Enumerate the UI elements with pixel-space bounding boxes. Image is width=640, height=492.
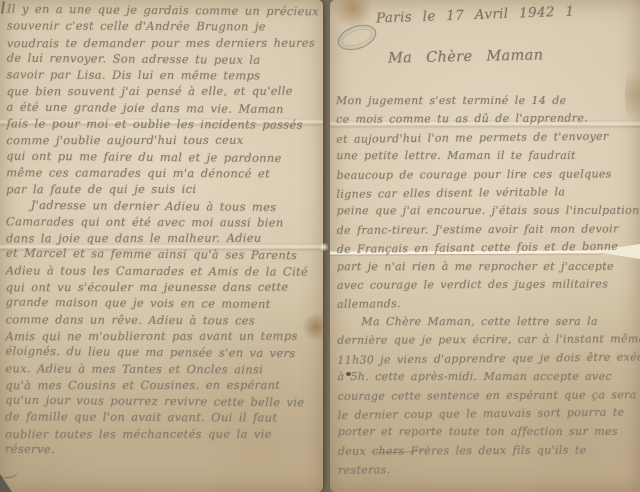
handwritten-line: qu'un jour vous pourrez revivre cette be… (5, 392, 317, 411)
handwritten-line: 11h30 je viens d'apprendre que je dois ê… (337, 348, 640, 370)
handwritten-line: oublier toutes les méchancetés que la vi… (5, 425, 317, 442)
handwritten-line: souvenir c'est celle d'Andrée Brugnon je (7, 18, 319, 36)
handwritten-line: éloignés. du lieu que ma pensée s'en va … (5, 343, 317, 362)
handwritten-line: J'adresse un dernier Adieu à tous mes (6, 196, 318, 215)
handwritten-line: réserve. (5, 441, 317, 460)
pencil-tick-mark (1, 1, 5, 14)
fold-highlight (319, 243, 329, 251)
handwritten-line: grande maison que je vois en ce moment (6, 294, 318, 313)
handwritten-line: Adieu à tous les Camarades et Amis de la… (6, 262, 318, 280)
handwritten-line: ce mois comme tu as dû de l'apprendre. (336, 110, 640, 130)
handwritten-line: fais le pour moi et oublie les incidents… (6, 115, 318, 133)
handwritten-line: porter et reporte toute ton affection su… (338, 423, 640, 442)
handwritten-line: voudrais te demander pour mes derniers h… (7, 34, 319, 51)
handwritten-line: beaucoup de courage pour lire ces quelqu… (336, 165, 640, 185)
right-page-text: Mon jugement s'est terminé le 14 dece mo… (336, 91, 640, 479)
date-line: Paris le 17 Avril 1942 1 (376, 4, 575, 27)
handwritten-line: par la faute de qui je suis ici (6, 181, 318, 198)
handwritten-line: courage cette sentence en espérant que ç… (338, 386, 640, 406)
handwritten-line: le dernier coup que le mauvais sort pour… (338, 403, 640, 425)
handwritten-line: Il y en a une que je gardais comme un pr… (7, 1, 319, 20)
left-page-text: Il y en a une que je gardais comme un pr… (5, 1, 319, 459)
handwritten-line: que bien souvent j'ai pensé à elle, et q… (7, 83, 319, 100)
handwritten-line: qui ont pu me faire du mal et je pardonn… (6, 147, 318, 166)
salutation: Ma Chère Maman (388, 47, 544, 66)
handwritten-line: Amis qui ne m'oublieront pas avant un te… (6, 328, 318, 345)
handwritten-line: qu'à mes Cousins et Cousines. en espéran… (5, 377, 317, 394)
oval-ink-stamp-icon (334, 20, 379, 55)
handwritten-line: une petite lettre. Maman il te faudrait (336, 147, 640, 166)
letter-page-right: Paris le 17 Avril 1942 1 Ma Chère Maman … (330, 0, 640, 492)
handwritten-line: eux. Adieu à mes Tantes et Oncles ainsi (5, 360, 317, 378)
handwritten-line: resteras. (338, 458, 640, 480)
handwritten-line: a été une grande joie dans ma vie. Maman (6, 98, 318, 117)
handwritten-line: de famille que l'on avait avant. Oui il … (5, 409, 317, 427)
handwritten-line: savoir par Lisa. Dis lui en même temps (7, 67, 319, 85)
handwritten-line: Ma Chère Maman, cette lettre sera la (337, 313, 640, 332)
handwritten-line: Camarades qui ont été avec moi aussi bie… (6, 213, 318, 231)
handwritten-line: allemands. (337, 293, 640, 315)
letter-page-left: Il y en a une que je gardais comme un pr… (0, 0, 323, 492)
handwritten-line: même ces camarades qui m'a dénoncé et (6, 164, 318, 182)
pencil-scribble-mark (0, 466, 19, 479)
handwritten-line: dernière que je peux écrire, car à l'ins… (337, 330, 640, 350)
handwritten-line: peine que j'ai encourue. j'étais sous l'… (337, 202, 640, 221)
handwritten-line: et aujourd'hui l'on me permets de t'envo… (336, 127, 640, 149)
handwritten-line: de Français en faisant cette fois et de … (337, 237, 640, 259)
letter-photo: Il y en a une que je gardais comme un pr… (0, 0, 640, 492)
handwritten-line: à 5h. cette après-midi. Maman accepte av… (337, 368, 640, 387)
handwritten-line: comme dans un rêve. Adieu à tous ces (6, 311, 318, 329)
handwritten-line: comme j'oublie aujourd'hui tous ceux (6, 132, 318, 149)
handwritten-line: Mon jugement s'est terminé le 14 de (336, 92, 640, 111)
handwritten-line: de lui renvoyer. Son adresse tu peux la (7, 50, 319, 69)
ink-blot (346, 372, 351, 376)
handwritten-line: part je n'ai rien à me reprocher et j'ac… (337, 258, 640, 277)
handwritten-line: et Marcel et sa femme ainsi qu'à ses Par… (6, 245, 318, 264)
